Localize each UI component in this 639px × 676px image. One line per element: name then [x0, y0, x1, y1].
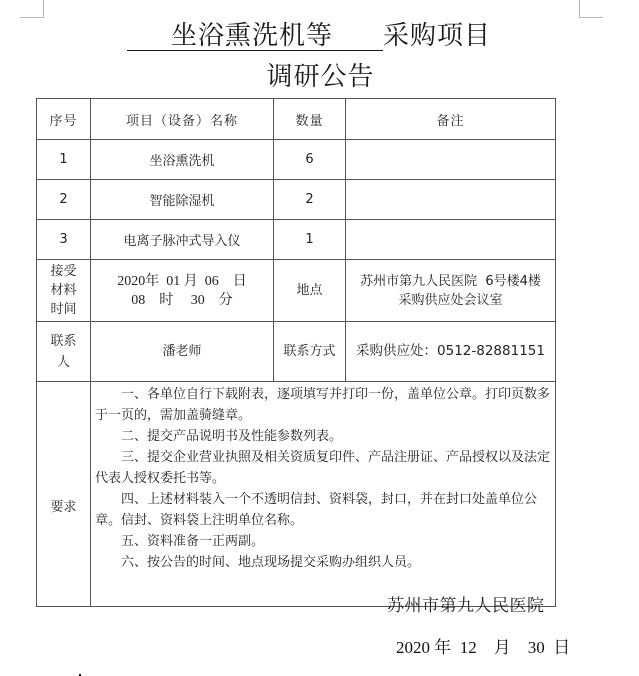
contact-method-label: 联系方式	[274, 322, 346, 382]
document-title: 坐浴熏洗机等 采购项目	[0, 20, 639, 54]
receive-time-value: 2020年 01 月 06 日 08 时 30 分	[91, 260, 274, 322]
contact-person-label: 联系 人	[37, 322, 91, 382]
title-project-name: 坐浴熏洗机等	[127, 20, 383, 51]
requirement-item: 四、上述材料装入一个不透明信封、资料袋，封口，并在封口处盖单位公章。信封、资料袋…	[95, 489, 551, 531]
item-remark	[346, 220, 556, 260]
notice-table: 序号 项目（设备）名称 数量 备注 1 坐浴熏洗机 6 2 智能除湿机 2 3 …	[36, 98, 556, 607]
signature-date: 2020 年 12 月 30 日	[396, 633, 570, 658]
item-quantity: 6	[274, 140, 346, 180]
requirement-item: 一、各单位自行下载附表，逐项填写并打印一份，盖单位公章。打印页数多于一页的，需加…	[95, 384, 551, 426]
contact-method-value: 采购供应处：0512-82881151	[346, 322, 556, 382]
table-row: 2 智能除湿机 2	[37, 180, 556, 220]
header-quantity: 数量	[274, 99, 346, 140]
table-header-row: 序号 项目（设备）名称 数量 备注	[37, 99, 556, 140]
location-value: 苏州市第九人民医院 6号楼4楼 采购供应处会议室	[346, 260, 556, 322]
location-label: 地点	[274, 260, 346, 322]
requirements-body: 一、各单位自行下载附表，逐项填写并打印一份，盖单位公章。打印页数多于一页的，需加…	[91, 382, 556, 607]
title-research-notice: 调研公告	[0, 61, 639, 93]
header-serial-no: 序号	[37, 99, 91, 140]
header-item-name: 项目（设备）名称	[91, 99, 274, 140]
page-corner-mark-right	[579, 0, 603, 18]
item-serial-no: 3	[37, 220, 91, 260]
requirement-item: 三、提交企业营业执照及相关资质复印件、产品注册证、产品授权以及法定代表人授权委托…	[95, 447, 551, 489]
item-remark	[346, 140, 556, 180]
requirements-row: 要求 一、各单位自行下载附表，逐项填写并打印一份，盖单位公章。打印页数多于一页的…	[37, 382, 556, 607]
title-procurement-project: 采购项目	[383, 20, 491, 52]
contact-person-value: 潘老师	[91, 322, 274, 382]
signature-organization: 苏州市第九人民医院	[387, 591, 545, 616]
item-quantity: 1	[274, 220, 346, 260]
item-name: 电离子脉冲式导入仪	[91, 220, 274, 260]
item-quantity: 2	[274, 180, 346, 220]
header-remarks: 备注	[346, 99, 556, 140]
item-remark	[346, 180, 556, 220]
requirement-item: 二、提交产品说明书及性能参数列表。	[95, 426, 551, 447]
page-corner-mark-left	[20, 0, 44, 18]
item-serial-no: 2	[37, 180, 91, 220]
requirement-item: 六、按公告的时间、地点现场提交采购办组织人员。	[95, 552, 551, 573]
receive-time-label: 接受 材料 时间	[37, 260, 91, 322]
item-serial-no: 1	[37, 140, 91, 180]
table-row: 3 电离子脉冲式导入仪 1	[37, 220, 556, 260]
item-name: 智能除湿机	[91, 180, 274, 220]
receive-time-row: 接受 材料 时间 2020年 01 月 06 日 08 时 30 分 地点 苏州…	[37, 260, 556, 322]
item-name: 坐浴熏洗机	[91, 140, 274, 180]
requirements-label: 要求	[37, 382, 91, 607]
table-row: 1 坐浴熏洗机 6	[37, 140, 556, 180]
requirement-item: 五、资料准备一正两副。	[95, 531, 551, 552]
contact-row: 联系 人 潘老师 联系方式 采购供应处：0512-82881151	[37, 322, 556, 382]
